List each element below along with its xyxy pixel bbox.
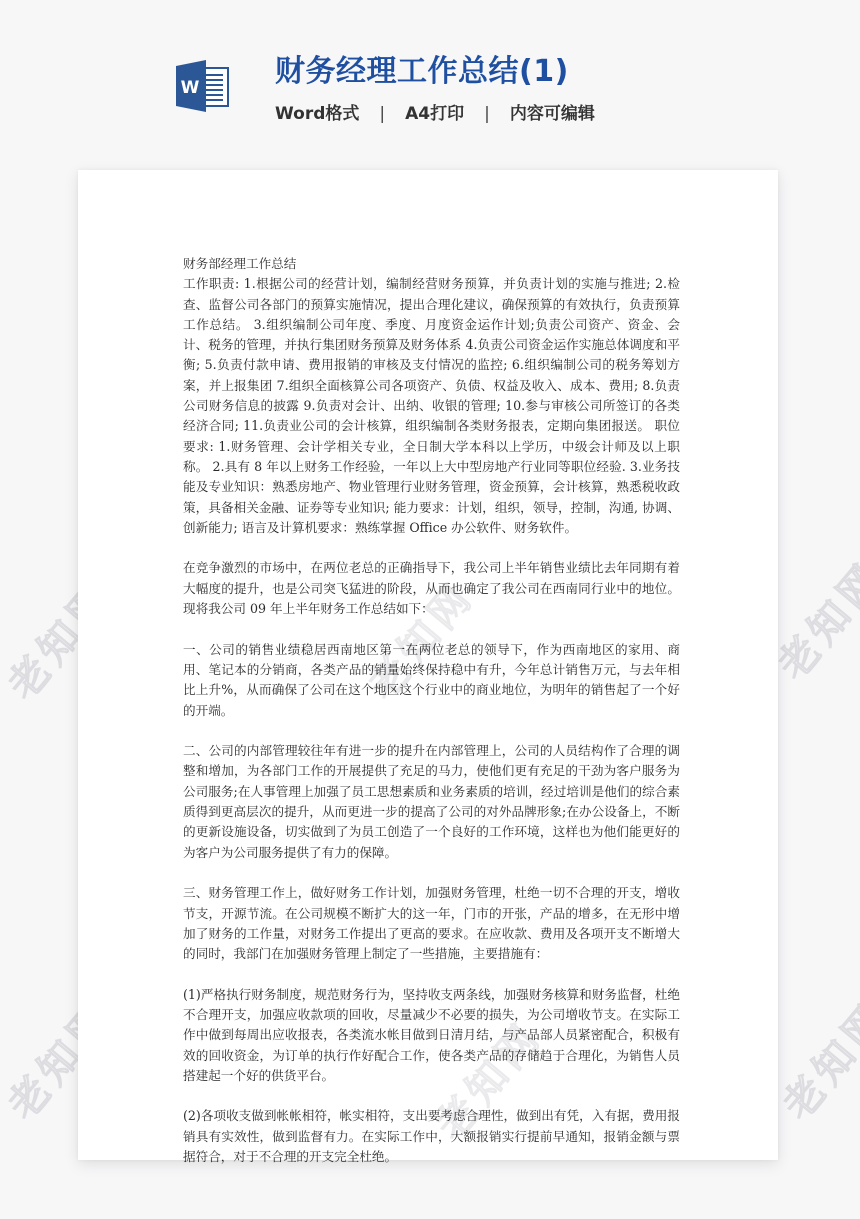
page-title: 财务经理工作总结(1) xyxy=(275,50,569,94)
tag-separator: | xyxy=(484,100,490,128)
tag-editable: 内容可编辑 xyxy=(510,100,595,128)
paragraph-measure-2: (2)各项收支做到帐帐相符，帐实相符，支出要考虑合理性，做到出有凭，入有据，费用… xyxy=(183,1106,680,1167)
word-document-icon: W xyxy=(176,60,230,112)
paragraph-section-3: 三、财务管理工作上，做好财务工作计划，加强财务管理，杜绝一切不合理的开支，增收节… xyxy=(183,883,680,964)
header: W 财务经理工作总结(1) Word格式 | A4打印 | 内容可编辑 xyxy=(0,0,860,160)
document-page: 老知网 老知网 财务部经理工作总结 工作职责: 1.根据公司的经营计划，编制经营… xyxy=(78,170,778,1160)
watermark: 老知网 xyxy=(768,987,860,1129)
format-tags: Word格式 | A4打印 | 内容可编辑 xyxy=(275,100,595,128)
paragraph-section-1: 一、公司的销售业绩稳居西南地区第一在两位老总的领导下，作为西南地区的家用、商用、… xyxy=(183,640,680,721)
paragraph-measure-1: (1)严格执行财务制度，规范财务行为，坚持收支两条线，加强财务核算和财务监督，杜… xyxy=(183,985,680,1086)
document-body: 财务部经理工作总结 工作职责: 1.根据公司的经营计划，编制经营财务预算，并负责… xyxy=(183,254,680,1188)
paragraph-intro: 在竞争激烈的市场中，在两位老总的正确指导下，我公司上半年销售业绩比去年同期有着大… xyxy=(183,558,680,619)
tag-word-format: Word格式 xyxy=(275,100,359,128)
paragraph-job-duties: 工作职责: 1.根据公司的经营计划，编制经营财务预算，并负责计划的实施与推进; … xyxy=(183,274,680,538)
word-icon-letter: W xyxy=(181,78,200,98)
tag-separator: | xyxy=(379,100,385,128)
paragraph-section-2: 二、公司的内部管理较往年有进一步的提升在内部管理上，公司的人员结构作了合理的调整… xyxy=(183,741,680,863)
document-heading: 财务部经理工作总结 xyxy=(183,254,680,274)
tag-a4-print: A4打印 xyxy=(405,100,464,128)
